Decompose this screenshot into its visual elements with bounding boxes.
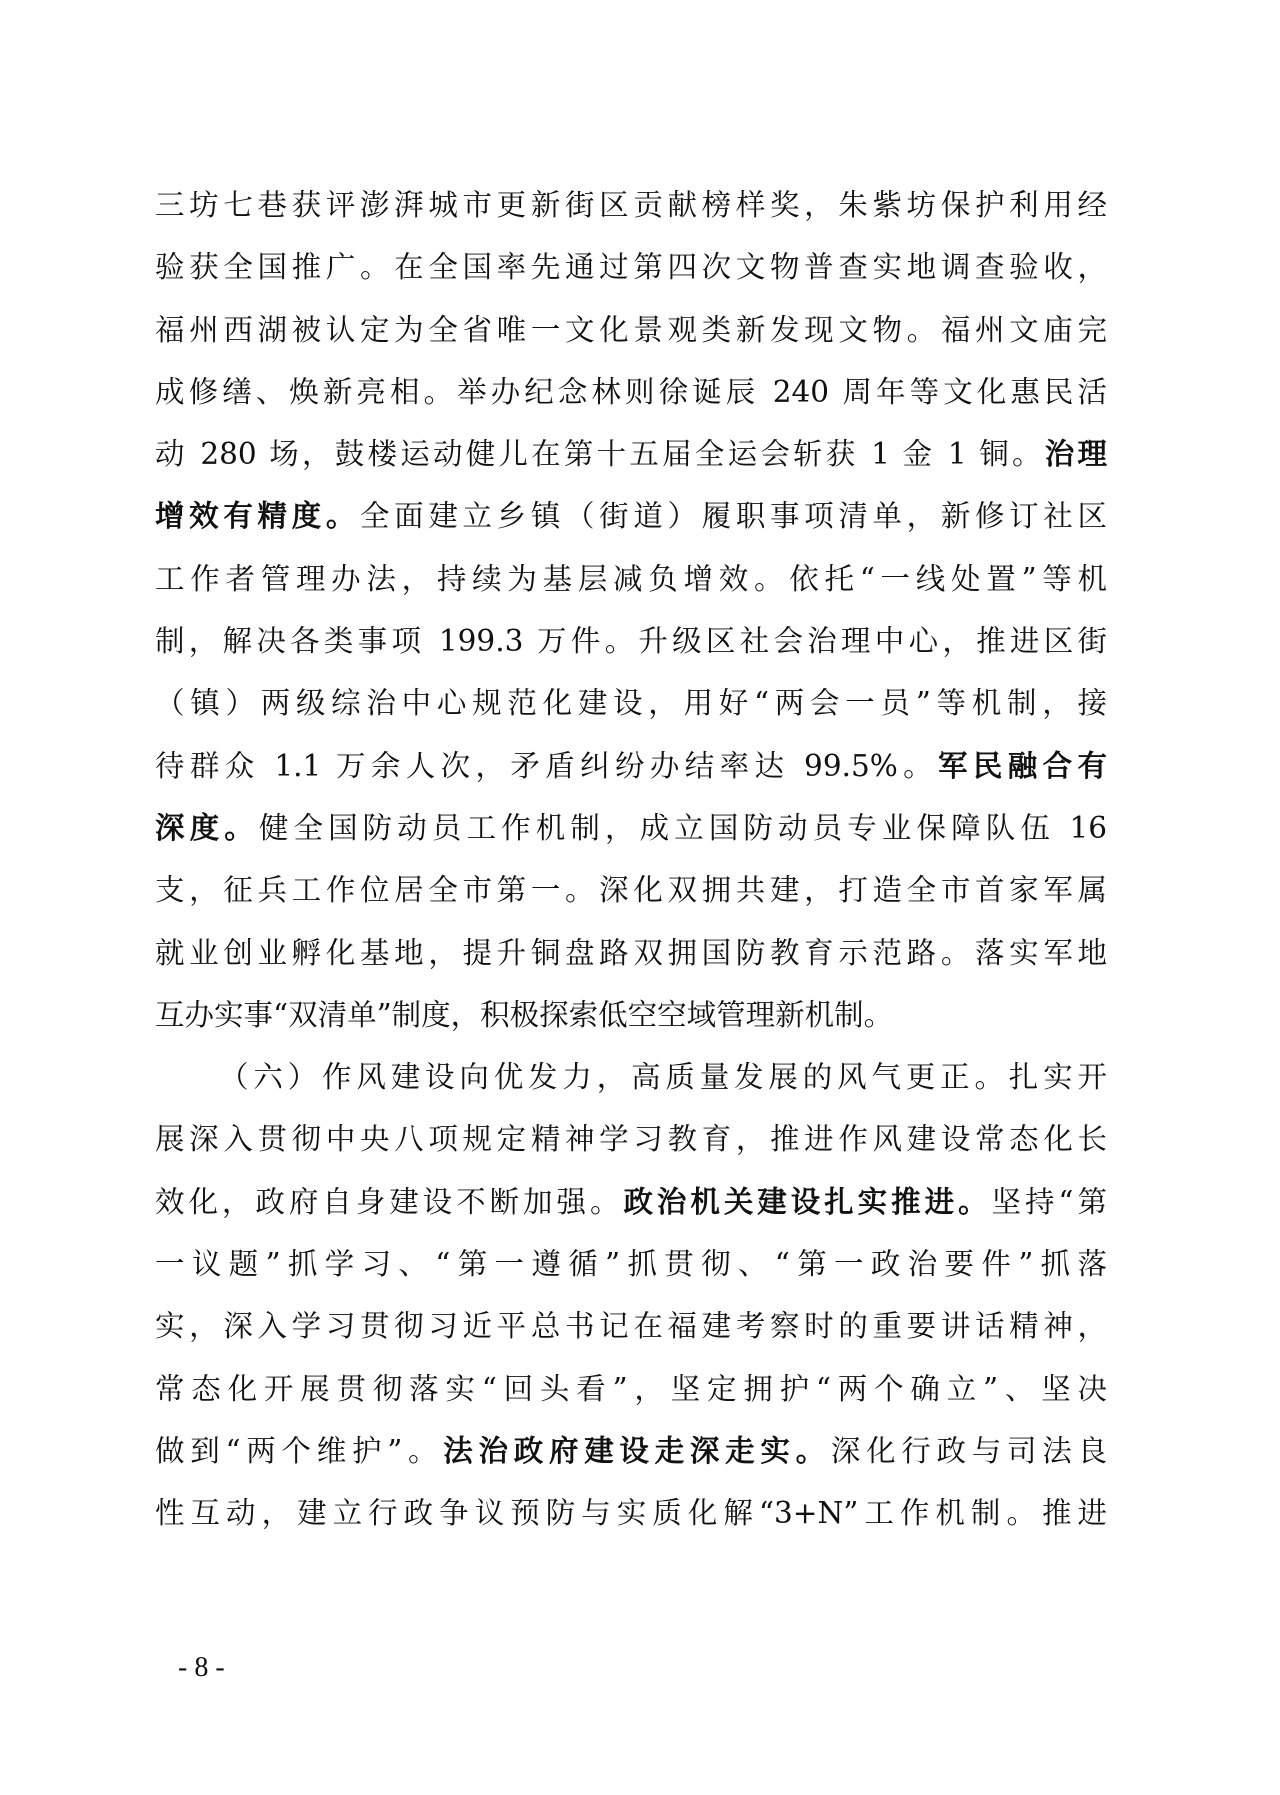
text-segment: 健全国防动员工作机制，成立国防动员专业保障队伍 16 <box>259 811 1107 845</box>
text-segment: （六）作风建设向优发力，高质量发展的风气更正。扎实开 <box>219 1060 1107 1094</box>
body-text: 三坊七巷获评澎湃城市更新街区贡献榜样奖，朱紫坊保护利用经 验获全国推广。在全国率… <box>155 174 1107 1545</box>
text-segment: 支，征兵工作位居全市第一。深化双拥共建，打造全市首家军属 <box>155 873 1107 907</box>
text-line: 制，解决各类事项 199.3 万件。升级区社会治理中心，推进区街 <box>155 610 1107 672</box>
text-segment: 制，解决各类事项 199.3 万件。升级区社会治理中心，推进区街 <box>155 624 1107 658</box>
text-segment: 就业创业孵化基地，提升铜盘路双拥国防教育示范路。落实军地 <box>155 936 1107 970</box>
bold-heading-segment: 增效有精度。 <box>155 499 360 533</box>
bold-heading-segment: 军民融合有 <box>938 749 1107 783</box>
text-segment: 做到“两个维护”。 <box>155 1434 443 1468</box>
text-segment: 工作者管理办法，持续为基层减负增效。依托“一线处置”等机 <box>155 562 1107 596</box>
text-segment: 互办实事“双清单”制度，积极探索低空空域管理新机制。 <box>155 998 893 1032</box>
text-segment: 成修缮、焕新亮相。举办纪念林则徐诞辰 240 周年等文化惠民活 <box>155 375 1107 409</box>
text-line: 做到“两个维护”。法治政府建设走深走实。深化行政与司法良 <box>155 1420 1107 1482</box>
text-line: 实，深入学习贯彻习近平总书记在福建考察时的重要讲话精神， <box>155 1295 1107 1357</box>
text-line: 工作者管理办法，持续为基层减负增效。依托“一线处置”等机 <box>155 548 1107 610</box>
text-line: 福州西湖被认定为全省唯一文化景观类新发现文物。福州文庙完 <box>155 299 1107 361</box>
section-heading-line: （六）作风建设向优发力，高质量发展的风气更正。扎实开 <box>155 1046 1107 1108</box>
text-segment: 福州西湖被认定为全省唯一文化景观类新发现文物。福州文庙完 <box>155 313 1107 347</box>
text-segment: 动 280 场，鼓楼运动健儿在第十五届全运会斩获 1 金 1 铜。 <box>155 437 1045 471</box>
text-line: 成修缮、焕新亮相。举办纪念林则徐诞辰 240 周年等文化惠民活 <box>155 361 1107 423</box>
text-line: 性互动，建立行政争议预防与实质化解“3+N”工作机制。推进 <box>155 1482 1107 1544</box>
page-number: - 8 - <box>178 1652 225 1684</box>
text-line: 常态化开展贯彻落实“回头看”，坚定拥护“两个确立”、坚决 <box>155 1358 1107 1420</box>
text-line: 增效有精度。全面建立乡镇（街道）履职事项清单，新修订社区 <box>155 485 1107 547</box>
text-line: 就业创业孵化基地，提升铜盘路双拥国防教育示范路。落实军地 <box>155 922 1107 984</box>
bold-heading-segment: 法治政府建设走深走实。 <box>443 1434 831 1468</box>
text-segment: 展深入贯彻中央八项规定精神学习教育，推进作风建设常态化长 <box>155 1122 1107 1156</box>
bold-heading-segment: 深度。 <box>155 811 259 845</box>
text-segment: 一议题”抓学习、“第一遵循”抓贯彻、“第一政治要件”抓落 <box>155 1247 1107 1281</box>
text-line: 动 280 场，鼓楼运动健儿在第十五届全运会斩获 1 金 1 铜。治理 <box>155 423 1107 485</box>
text-line: 待群众 1.1 万余人次，矛盾纠纷办结率达 99.5%。军民融合有 <box>155 735 1107 797</box>
text-segment: 常态化开展贯彻落实“回头看”，坚定拥护“两个确立”、坚决 <box>155 1372 1107 1406</box>
text-line: 验获全国推广。在全国率先通过第四次文物普查实地调查验收， <box>155 236 1107 298</box>
text-line: （镇）两级综治中心规范化建设，用好“两会一员”等机制，接 <box>155 672 1107 734</box>
text-segment: 深化行政与司法良 <box>831 1434 1107 1468</box>
text-segment: 待群众 1.1 万余人次，矛盾纠纷办结率达 99.5%。 <box>155 749 938 783</box>
bold-heading-segment: 治理 <box>1045 437 1107 471</box>
text-segment: 效化，政府自身建设不断加强。 <box>155 1185 623 1219</box>
text-segment: 坚持“第 <box>992 1185 1107 1219</box>
text-line: 展深入贯彻中央八项规定精神学习教育，推进作风建设常态化长 <box>155 1108 1107 1170</box>
text-segment: 性互动，建立行政争议预防与实质化解“3+N”工作机制。推进 <box>155 1496 1107 1530</box>
text-segment: 三坊七巷获评澎湃城市更新街区贡献榜样奖，朱紫坊保护利用经 <box>155 188 1107 222</box>
text-segment: 验获全国推广。在全国率先通过第四次文物普查实地调查验收， <box>155 250 1107 284</box>
document-page: 三坊七巷获评澎湃城市更新街区贡献榜样奖，朱紫坊保护利用经 验获全国推广。在全国率… <box>0 0 1280 1795</box>
text-line: 支，征兵工作位居全市第一。深化双拥共建，打造全市首家军属 <box>155 859 1107 921</box>
text-line: 三坊七巷获评澎湃城市更新街区贡献榜样奖，朱紫坊保护利用经 <box>155 174 1107 236</box>
text-segment: 全面建立乡镇（街道）履职事项清单，新修订社区 <box>360 499 1107 533</box>
text-line: 一议题”抓学习、“第一遵循”抓贯彻、“第一政治要件”抓落 <box>155 1233 1107 1295</box>
text-line: 深度。健全国防动员工作机制，成立国防动员专业保障队伍 16 <box>155 797 1107 859</box>
text-segment: （镇）两级综治中心规范化建设，用好“两会一员”等机制，接 <box>155 686 1107 720</box>
text-segment: 实，深入学习贯彻习近平总书记在福建考察时的重要讲话精神， <box>155 1309 1107 1343</box>
text-line: 效化，政府自身建设不断加强。政治机关建设扎实推进。坚持“第 <box>155 1171 1107 1233</box>
text-line: 互办实事“双清单”制度，积极探索低空空域管理新机制。 <box>155 984 1107 1046</box>
bold-heading-segment: 政治机关建设扎实推进。 <box>623 1185 991 1219</box>
